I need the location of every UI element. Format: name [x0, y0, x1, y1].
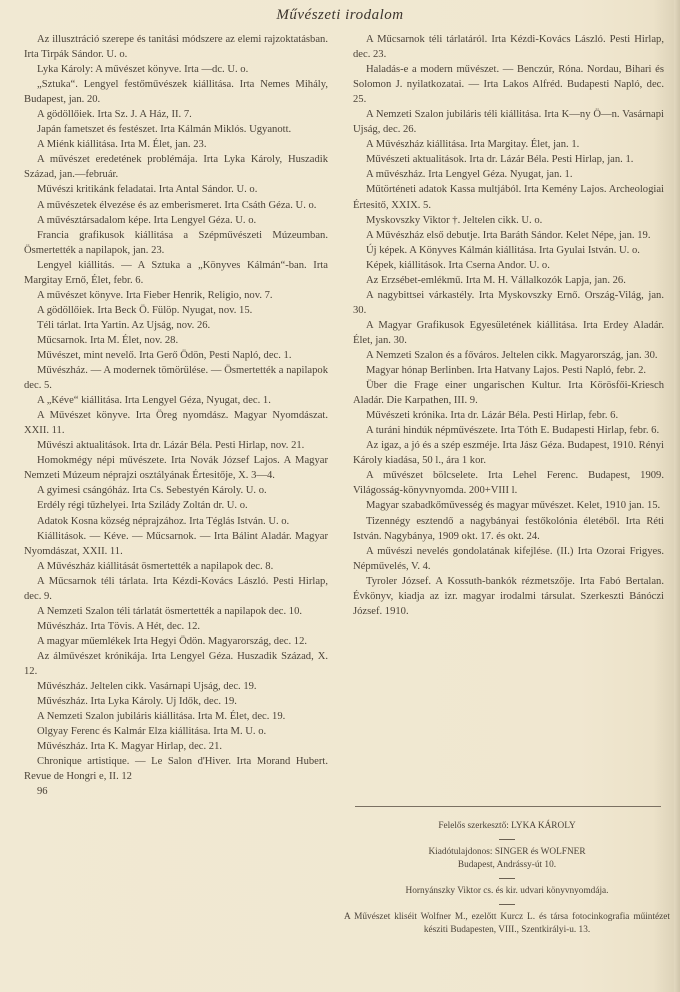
bibliography-entry: Über die Frage einer ungarischen Kultur.… [353, 378, 664, 408]
left-column: Az illusztráció szerepe és tanitási móds… [24, 32, 328, 799]
bibliography-entry: Lyka Károly: A művészet könyve. Irta —dc… [24, 62, 328, 77]
bibliography-entry: Művészház. Irta K. Magyar Hirlap, dec. 2… [24, 739, 328, 754]
page-number: 96 [24, 784, 328, 799]
bibliography-entry: Művészház. Irta Tövis. A Hét, dec. 12. [24, 619, 328, 634]
bibliography-entry: A „Kéve“ kiállitása. Irta Lengyel Géza, … [24, 393, 328, 408]
bibliography-entry: Művészeti aktualitások. Irta dr. Lázár B… [353, 152, 664, 167]
magazine-page: Művészeti irodalom Az illusztráció szere… [0, 0, 680, 992]
bibliography-entry: Kiállitások. — Kéve. — Műcsarnok. — Irta… [24, 529, 328, 559]
bibliography-entry: A Miénk kiállitása. Irta M. Élet, jan. 2… [24, 137, 328, 152]
responsible-editor: Felelős szerkesztő: LYKA KÁROLY [344, 820, 670, 833]
bibliography-entry: A művészetek élvezése és az emberismeret… [24, 198, 328, 213]
bibliography-entry: A gyimesi csángóház. Irta Cs. Sebestyén … [24, 483, 328, 498]
bibliography-entry: A művészet könyve. Irta Fieber Henrik, R… [24, 288, 328, 303]
bibliography-entry: Francia grafikusok kiállitása a Szépművé… [24, 228, 328, 258]
bibliography-entry: Műcsarnok. Irta M. Élet, nov. 28. [24, 333, 328, 348]
bibliography-entry: „Sztuka“. Lengyel festőművészek kiállitá… [24, 77, 328, 107]
bibliography-entry: Homokmégy népi művészete. Irta Novák Józ… [24, 453, 328, 483]
short-divider [499, 878, 515, 879]
bibliography-entry: A nagybittsei várkastély. Irta Myskovszk… [353, 288, 664, 318]
bibliography-entry: Az Erzsébet-emlékmű. Irta M. H. Vállalko… [353, 273, 664, 288]
bibliography-entry: A Nemzeti Szalon téli tárlatát ösmertett… [24, 604, 328, 619]
bibliography-entry: Az illusztráció szerepe és tanitási móds… [24, 32, 328, 62]
bibliography-entry: Művészet, mint nevelő. Irta Gerő Ödön, P… [24, 348, 328, 363]
bibliography-entry: Művészi aktualitások. Irta dr. Lázár Bél… [24, 438, 328, 453]
page-title: Művészeti irodalom [0, 7, 680, 24]
bibliography-entry: A gödöllőiek. Irta Beck Ö. Fülöp. Nyugat… [24, 303, 328, 318]
bibliography-entry: Japán fametszet és festészet. Irta Kálmá… [24, 122, 328, 137]
colophon: Felelős szerkesztő: LYKA KÁROLY Kiadótul… [344, 820, 670, 937]
printer: Hornyánszky Viktor cs. és kir. udvari kö… [344, 885, 670, 898]
bibliography-entry: Olgyay Ferenc és Kalmár Elza kiállitása.… [24, 724, 328, 739]
bibliography-entry: Tyroler József. A Kossuth-bankók rézmets… [353, 574, 664, 619]
bibliography-entry: Magyar hónap Berlinben. Irta Hatvany Laj… [353, 363, 664, 378]
bibliography-entry: A Művészház első debutje. Irta Baráth Sá… [353, 228, 664, 243]
bibliography-entry: Művészház. Jeltelen cikk. Vasárnapi Ujsá… [24, 679, 328, 694]
bibliography-entry: A művészet bölcselete. Irta Lehel Ferenc… [353, 468, 664, 498]
bibliography-entry: A Műcsarnok téli tárlata. Irta Kézdi-Kov… [24, 574, 328, 604]
bibliography-entry: A Nemzeti Szalon jubiláris kiállitása. I… [24, 709, 328, 724]
right-column: A Műcsarnok téli tárlatáról. Irta Kézdi-… [353, 32, 664, 619]
short-divider [499, 904, 515, 905]
bibliography-entry: Myskovszky Viktor †. Jeltelen cikk. U. o… [353, 213, 664, 228]
bibliography-entry: A turáni hindúk népművészete. Irta Tóth … [353, 423, 664, 438]
bibliography-entry: A magyar műemlékek Irta Hegyi Ödön. Magy… [24, 634, 328, 649]
bibliography-entry: A művészház. Irta Lengyel Géza. Nyugat, … [353, 167, 664, 182]
bibliography-entry: Chronique artistique. — Le Salon d'Hiver… [24, 754, 328, 784]
cliche-credit: A Művészet kliséit Wolfner M., ezelőtt K… [344, 911, 670, 937]
bibliography-entry: A művésztársadalom képe. Irta Lengyel Gé… [24, 213, 328, 228]
bibliography-entry: A Magyar Grafikusok Egyesületének kiálli… [353, 318, 664, 348]
bibliography-entry: Új képek. A Könyves Kálmán kiállitása. I… [353, 243, 664, 258]
bibliography-entry: Művészi kritikánk feladatai. Irta Antal … [24, 182, 328, 197]
short-divider [499, 839, 515, 840]
publisher: Kiadótulajdonos: SINGER és WOLFNER [344, 846, 670, 859]
publisher-address: Budapest, Andrássy-út 10. [344, 859, 670, 872]
divider-rule [355, 806, 661, 807]
bibliography-entry: Erdély régi tűzhelyei. Irta Szilády Zolt… [24, 498, 328, 513]
bibliography-entry: Adatok Kosna község néprajzához. Irta Té… [24, 514, 328, 529]
bibliography-entry: Képek, kiállitások. Irta Cserna Andor. U… [353, 258, 664, 273]
bibliography-entry: A Művészház kiállitását ösmertették a na… [24, 559, 328, 574]
bibliography-entry: Magyar szabadkőművesség és magyar művész… [353, 498, 664, 513]
bibliography-entry: A Nemzeti Szalon és a főváros. Jeltelen … [353, 348, 664, 363]
bibliography-entry: A művészet eredetének problémája. Irta L… [24, 152, 328, 182]
bibliography-entry: Téli tárlat. Irta Yartin. Az Ujság, nov.… [24, 318, 328, 333]
bibliography-entry: A Művészet könyve. Irta Öreg nyomdász. M… [24, 408, 328, 438]
bibliography-entry: Az álművészet krónikája. Irta Lengyel Gé… [24, 649, 328, 679]
page-edge [674, 0, 680, 992]
bibliography-entry: Műtörténeti adatok Kassa multjából. Irta… [353, 182, 664, 212]
bibliography-entry: Lengyel kiállitás. — A Sztuka a „Könyves… [24, 258, 328, 288]
bibliography-entry: Művészház. Irta Lyka Károly. Uj Idők, de… [24, 694, 328, 709]
bibliography-entry: A művészi nevelés gondolatának kifejlése… [353, 544, 664, 574]
bibliography-entry: A Nemzeti Szalon jubiláris téli kiállitá… [353, 107, 664, 137]
bibliography-entry: A Műcsarnok téli tárlatáról. Irta Kézdi-… [353, 32, 664, 62]
bibliography-entry: A gödöllőiek. Irta Sz. J. A Ház, II. 7. [24, 107, 328, 122]
bibliography-entry: Haladás-e a modern művészet. — Benczúr, … [353, 62, 664, 107]
bibliography-entry: A Művészház kiállitása. Irta Margitay. É… [353, 137, 664, 152]
bibliography-entry: Tizennégy esztendő a nagybányai festőkol… [353, 514, 664, 544]
bibliography-entry: Művészeti krónika. Irta dr. Lázár Béla. … [353, 408, 664, 423]
bibliography-entry: Művészház. — A modernek tömörülése. — Ös… [24, 363, 328, 393]
bibliography-entry: Az igaz, a jó és a szép eszméje. Irta Já… [353, 438, 664, 468]
